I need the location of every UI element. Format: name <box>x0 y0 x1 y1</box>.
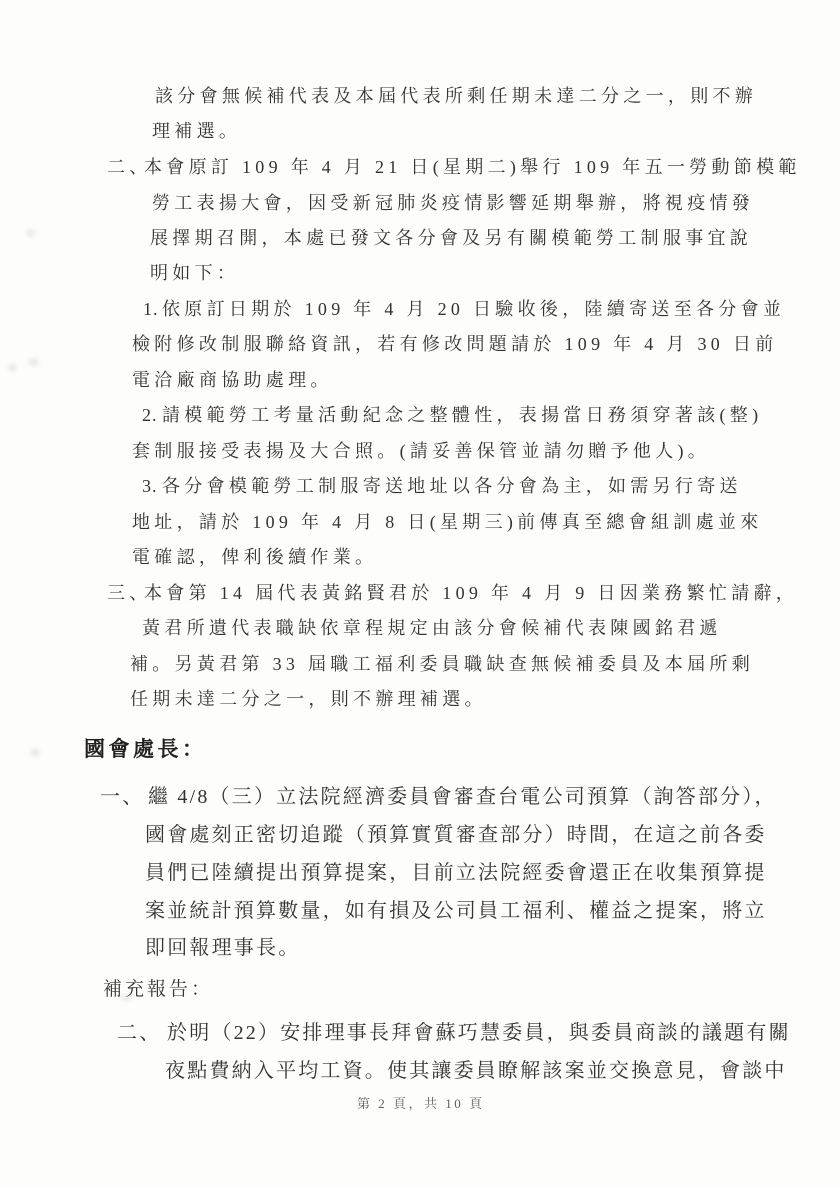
text-line: 黃君所遺代表職缺依章程規定由該分會候補代表陳國銘君遞 <box>142 618 722 639</box>
section-heading: 國會處長： <box>84 737 207 761</box>
text-line: 請模範勞工考量活動紀念之整體性，表揚當日務須穿著該(整) <box>162 405 762 426</box>
supplement-label: 補充報告： <box>103 979 213 1001</box>
scan-smudge <box>28 358 39 366</box>
scan-smudge <box>30 748 40 757</box>
text-line: 各分會模範勞工制服寄送地址以各分會為主，如需另行寄送 <box>162 476 742 497</box>
text-line: 員們已陸續提出預算提案，目前立法院經委會還正在收集預算提 <box>145 862 767 885</box>
scan-smudge <box>26 229 36 237</box>
text-line: 電確認，俾利後續作業。 <box>132 547 377 568</box>
list-marker: 3. <box>142 476 158 497</box>
text-line: 地址，請於 109 年 4 月 8 日(星期三)前傳真至總會組訓處並來 <box>132 512 763 533</box>
text-line: 明如下： <box>150 263 239 284</box>
list-marker: 一、 <box>100 786 144 809</box>
document-page: 該分會無候補代表及本屆代表所剩任期未達二分之一，則不辦 理補選。 二、 本會原訂… <box>0 0 840 1188</box>
text-line: 電洽廠商協助處理。 <box>132 370 333 391</box>
text-line: 本會第 14 屆代表黃銘賢君於 109 年 4 月 9 日因業務繁忙請辭， <box>144 583 798 604</box>
list-marker: 2. <box>142 405 158 426</box>
text-line: 展擇期召開，本處已發文各分會及另有關模範勞工制服事宜說 <box>150 228 752 249</box>
text-line: 案並統計預算數量，如有損及公司員工福利、權益之提案，將立 <box>145 900 767 923</box>
text-line: 該分會無候補代表及本屆代表所剩任期未達二分之一，則不辦 <box>155 86 757 107</box>
text-line: 繼 4/8（三）立法院經濟委員會審查台電公司預算（詢答部分）， <box>148 786 777 809</box>
text-line: 補。另黃君第 33 屆職工福利委員職缺查無候補委員及本屆所剩 <box>130 654 754 675</box>
text-line: 本會原訂 109 年 4 月 21 日(星期二)舉行 109 年五一勞動節模範 <box>144 157 801 178</box>
text-line: 檢附修改制服聯絡資訊，若有修改問題請於 109 年 4 月 30 日前 <box>132 334 778 355</box>
text-line: 於明（22）安排理事長拜會蘇巧慧委員，與委員商談的議題有關 <box>167 1022 791 1045</box>
scan-smudge <box>8 363 17 372</box>
text-line: 國會處刻正密切追蹤（預算實質審查部分）時間，在這之前各委 <box>145 824 767 847</box>
page-number: 第 2 頁，共 10 頁 <box>357 1097 485 1112</box>
text-line: 夜點費納入平均工資。使其讓委員瞭解該案並交換意見，會談中 <box>165 1060 787 1083</box>
list-marker: 二、 <box>117 1022 161 1045</box>
text-line: 理補選。 <box>152 121 241 142</box>
text-line: 依原訂日期於 109 年 4 月 20 日驗收後，陸續寄送至各分會並 <box>162 299 785 320</box>
text-line: 即回報理事長。 <box>145 937 300 960</box>
text-line: 勞工表揚大會，因受新冠肺炎疫情影響延期舉辦，將視疫情發 <box>152 193 754 214</box>
text-line: 套制服接受表揚及大合照。(請妥善保管並請勿贈予他人)。 <box>132 441 710 462</box>
text-line: 任期未達二分之一，則不辦理補選。 <box>130 689 487 710</box>
list-marker: 1. <box>143 299 159 320</box>
